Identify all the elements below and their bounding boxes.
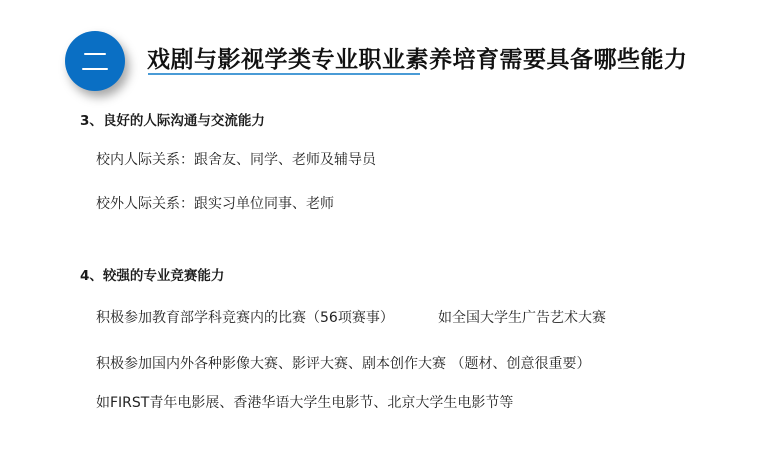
list-item: 校内人际关系：跟舍友、同学、老师及辅导员	[96, 149, 376, 169]
numeral-two-icon	[82, 50, 108, 72]
section-heading-communication: 3、良好的人际沟通与交流能力	[80, 109, 265, 129]
page-title: 戏剧与影视学类专业职业素养培育需要具备哪些能力	[147, 41, 688, 74]
list-item: 校外人际关系：跟实习单位同事、老师	[96, 193, 334, 213]
list-item: 积极参加教育部学科竞赛内的比赛（56项赛事）	[96, 307, 394, 327]
list-item: 如FIRST青年电影展、香港华语大学生电影节、北京大学生电影节等	[96, 392, 513, 412]
list-item: 积极参加国内外各种影像大赛、影评大赛、剧本创作大赛 （题材、创意很重要）	[96, 353, 590, 373]
title-underline	[148, 73, 420, 75]
section-number-badge	[65, 31, 125, 91]
list-item: 如全国大学生广告艺术大赛	[438, 307, 606, 327]
section-heading-competition: 4、较强的专业竞赛能力	[80, 264, 224, 284]
